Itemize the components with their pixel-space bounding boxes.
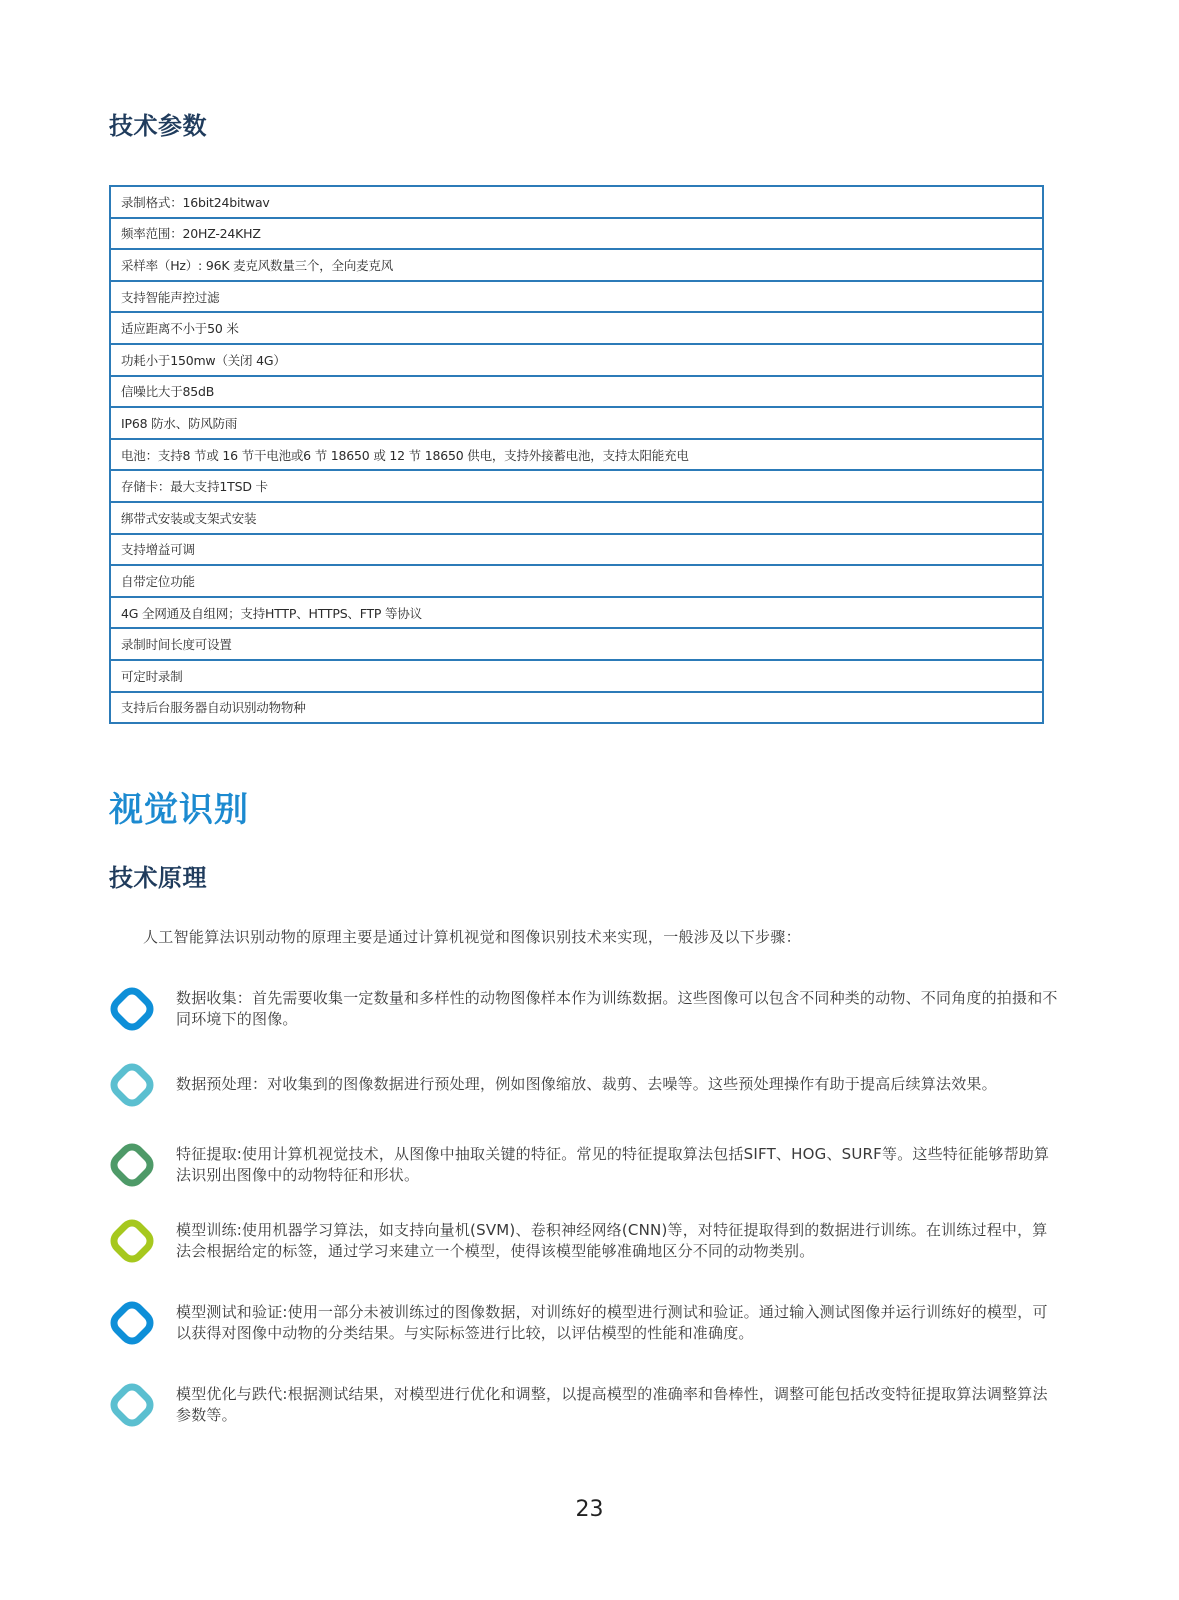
section-title-visual-recognition: 视觉识别 <box>109 782 249 831</box>
spec-row: 绑带式安装或支架式安装 <box>111 503 1042 535</box>
diamond-ring-icon <box>109 1218 155 1264</box>
intro-paragraph: 人工智能算法识别动物的原理主要是通过计算机视觉和图像识别技术来实现，一般涉及以下… <box>143 926 801 947</box>
spec-row: 4G 全网通及自组网；支持HTTP、HTTPS、FTP 等协议 <box>111 598 1042 630</box>
spec-row: 录制格式：16bit24bitwav <box>111 187 1042 219</box>
step-text: 模型测试和验证:使用一部分未被训练过的图像数据，对训练好的模型进行测试和验证。通… <box>176 1302 1059 1344</box>
step-text: 模型优化与跌代:根据测试结果，对模型进行优化和调整，以提高模型的准确率和鲁棒性，… <box>176 1384 1059 1426</box>
step-text: 特征提取:使用计算机视觉技术，从图像中抽取关键的特征。常见的特征提取算法包括SI… <box>176 1144 1059 1186</box>
step-item: 模型测试和验证:使用一部分未被训练过的图像数据，对训练好的模型进行测试和验证。通… <box>109 1300 1059 1346</box>
step-item: 数据收集：首先需要收集一定数量和多样性的动物图像样本作为训练数据。这些图像可以包… <box>109 986 1059 1032</box>
step-text: 数据收集：首先需要收集一定数量和多样性的动物图像样本作为训练数据。这些图像可以包… <box>176 988 1059 1030</box>
diamond-ring-icon <box>109 1142 155 1188</box>
spec-row: 可定时录制 <box>111 661 1042 693</box>
spec-row: 支持增益可调 <box>111 535 1042 567</box>
step-item: 模型优化与跌代:根据测试结果，对模型进行优化和调整，以提高模型的准确率和鲁棒性，… <box>109 1382 1059 1428</box>
spec-row: 电池：支持8 节或 16 节干电池或6 节 18650 或 12 节 18650… <box>111 440 1042 472</box>
spec-row: 存储卡：最大支持1TSD 卡 <box>111 471 1042 503</box>
subsection-title-tech-principle: 技术原理 <box>109 858 207 893</box>
spec-row: 支持智能声控过滤 <box>111 282 1042 314</box>
step-text: 模型训练:使用机器学习算法，如支持向量机(SVM)、卷积神经网络(CNN)等，对… <box>176 1220 1059 1262</box>
spec-row: 自带定位功能 <box>111 566 1042 598</box>
page-number: 23 <box>0 1497 1179 1522</box>
step-item: 模型训练:使用机器学习算法，如支持向量机(SVM)、卷积神经网络(CNN)等，对… <box>109 1218 1059 1264</box>
spec-row: 信噪比大于85dB <box>111 377 1042 409</box>
spec-table: 录制格式：16bit24bitwav频率范围：20HZ-24KHZ采样率（Hz）… <box>109 185 1044 724</box>
spec-row: 录制时间长度可设置 <box>111 629 1042 661</box>
diamond-ring-icon <box>109 1382 155 1428</box>
spec-row: 频率范围：20HZ-24KHZ <box>111 219 1042 251</box>
section-title-tech-params: 技术参数 <box>109 106 207 141</box>
spec-row: 采样率（Hz）: 96K 麦克风数量三个，全向麦克风 <box>111 250 1042 282</box>
spec-row: 支持后台服务器自动识别动物物种 <box>111 693 1042 725</box>
spec-row: 适应距离不小于50 米 <box>111 313 1042 345</box>
diamond-ring-icon <box>109 1062 155 1108</box>
step-item: 数据预处理：对收集到的图像数据进行预处理，例如图像缩放、裁剪、去噪等。这些预处理… <box>109 1062 1059 1108</box>
spec-row: IP68 防水、防风防雨 <box>111 408 1042 440</box>
spec-row: 功耗小于150mw（关闭 4G） <box>111 345 1042 377</box>
diamond-ring-icon <box>109 986 155 1032</box>
step-item: 特征提取:使用计算机视觉技术，从图像中抽取关键的特征。常见的特征提取算法包括SI… <box>109 1142 1059 1188</box>
diamond-ring-icon <box>109 1300 155 1346</box>
step-text: 数据预处理：对收集到的图像数据进行预处理，例如图像缩放、裁剪、去噪等。这些预处理… <box>176 1074 997 1095</box>
